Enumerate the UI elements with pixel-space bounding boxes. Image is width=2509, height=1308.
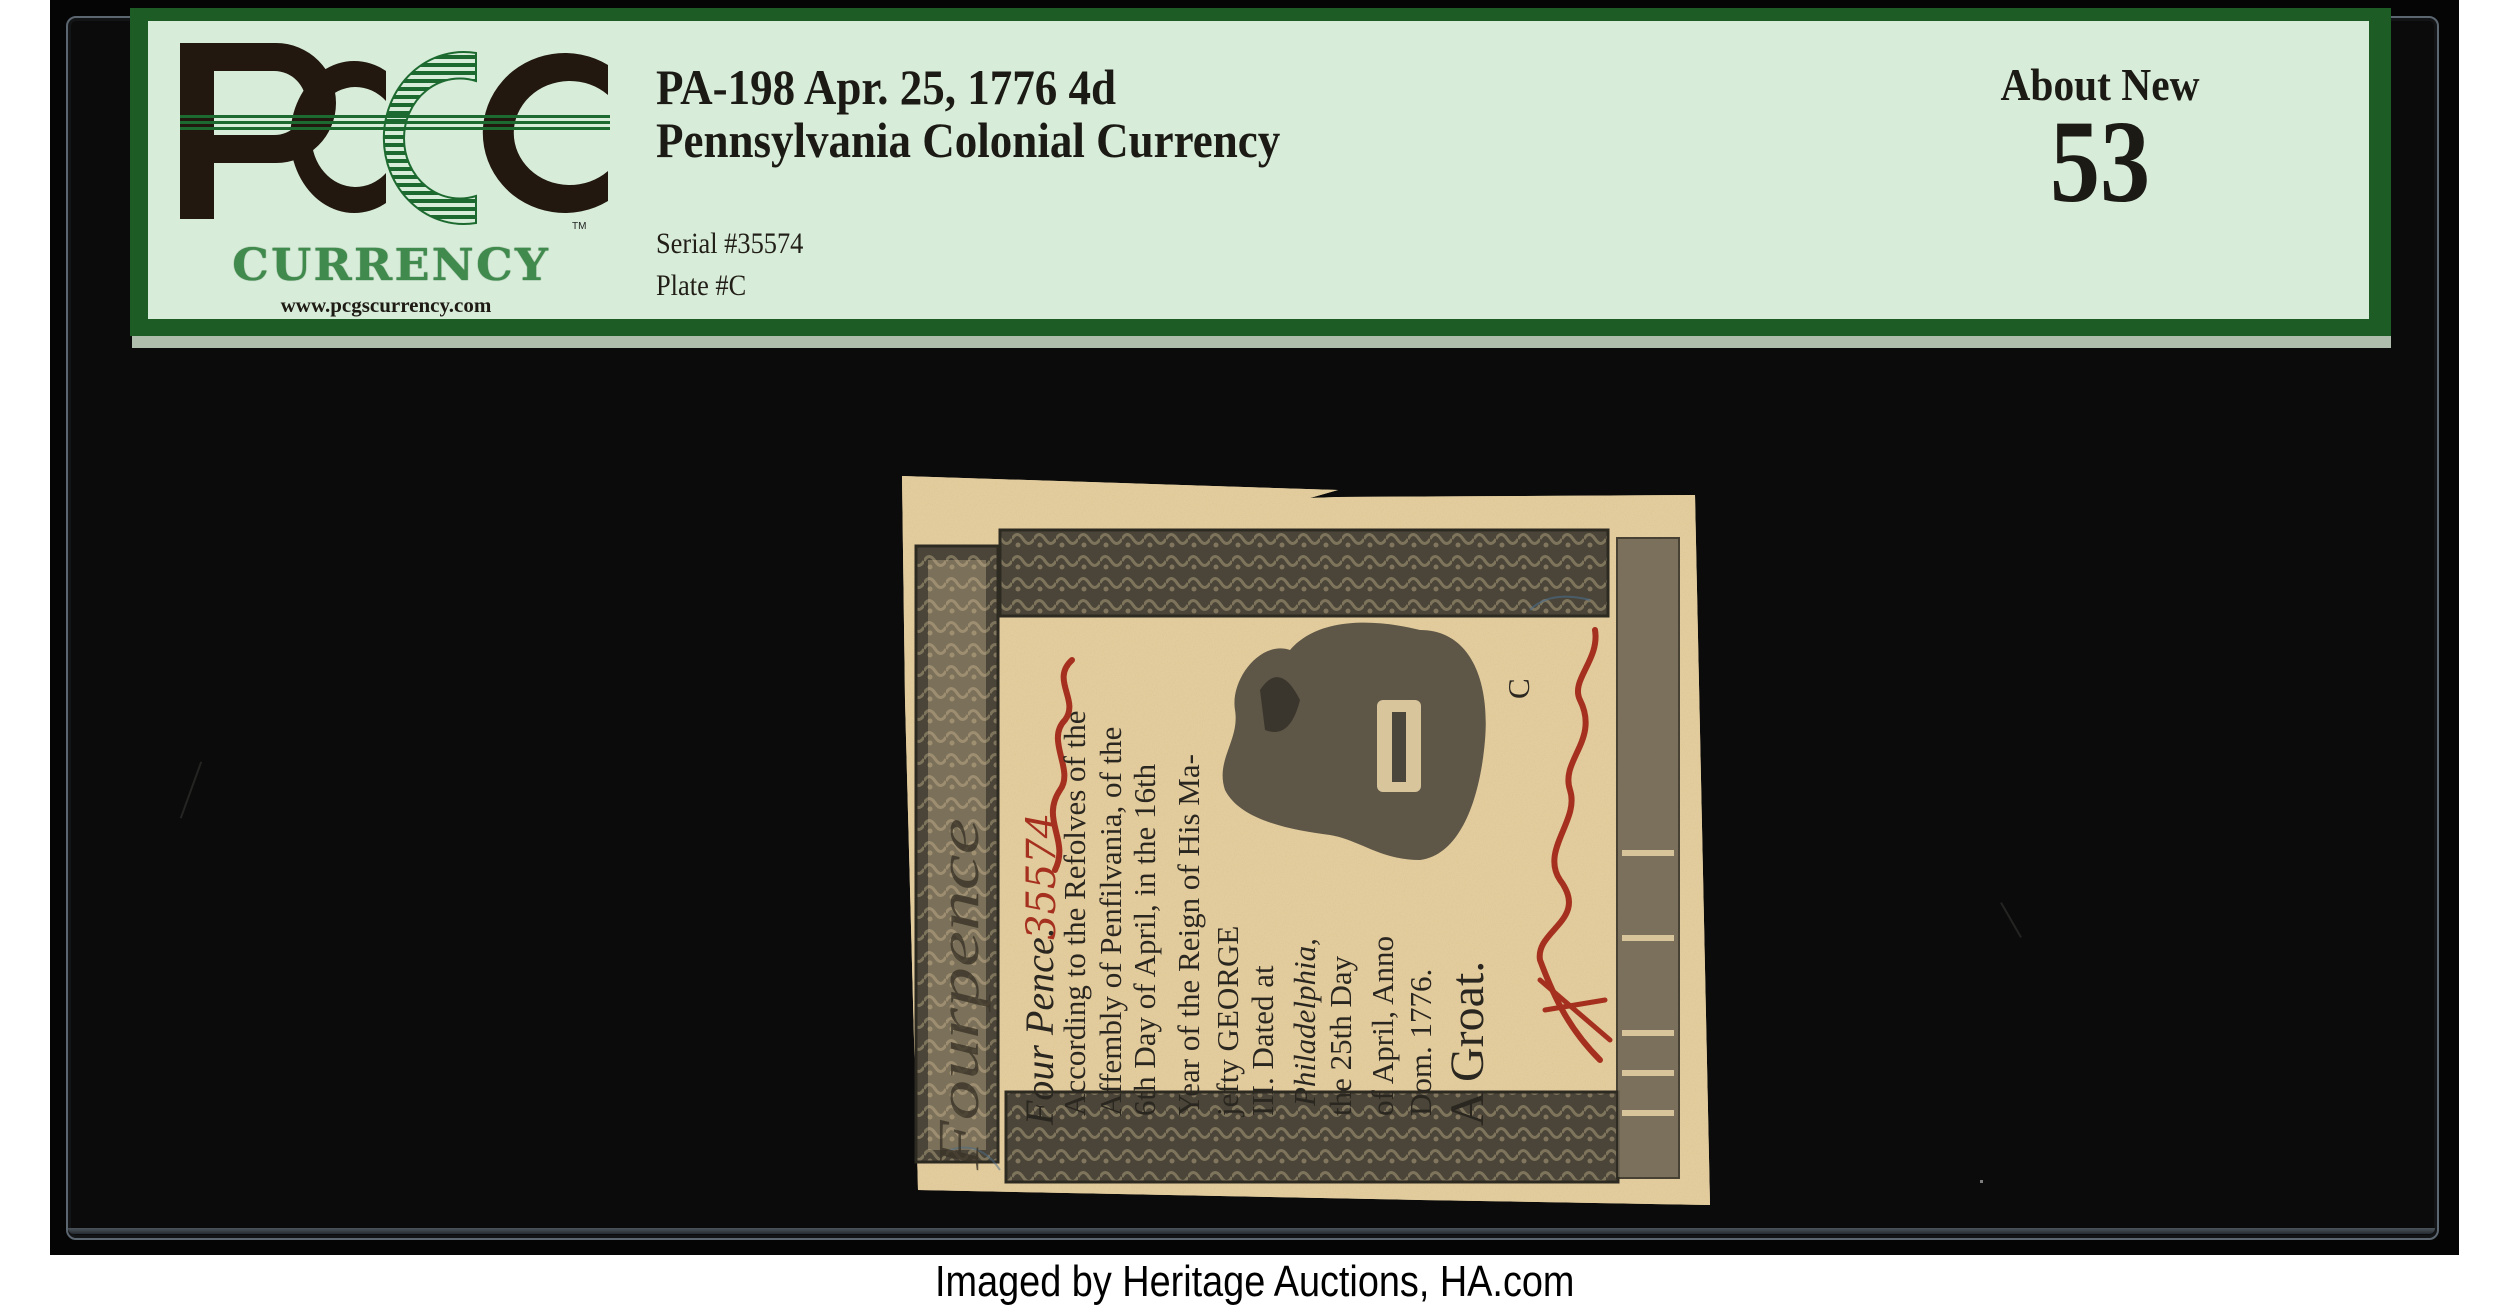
pcgs-logo: TM CURRENCY www.pcgscurrency.com: [176, 31, 616, 311]
dust-speck: [1980, 1180, 1983, 1183]
label-panel: TM CURRENCY www.pcgscurrency.com PA-198 …: [148, 21, 2369, 319]
grading-label: TM CURRENCY www.pcgscurrency.com PA-198 …: [130, 8, 2391, 336]
image-credit: Imaged by Heritage Auctions, HA.com: [0, 1257, 2509, 1307]
currency-wordmark: CURRENCY: [176, 246, 607, 286]
slab-holder-edge: [68, 1228, 2435, 1234]
trademark-symbol: TM: [572, 221, 586, 232]
note-catalog-title: PA-198 Apr. 25, 1776 4d: [656, 58, 1116, 116]
website-url: www.pcgscurrency.com: [176, 293, 596, 318]
pcgs-monogram-icon: [176, 31, 616, 231]
image-credit-text: Imaged by Heritage Auctions, HA.com: [935, 1257, 1574, 1307]
label-edge: [132, 336, 2391, 348]
plate-letter: Plate #C: [656, 269, 746, 303]
note-issuer-title: Pennsylvania Colonial Currency: [656, 111, 1280, 169]
grade-number: 53: [1990, 103, 2211, 221]
serial-number: Serial #35574: [656, 227, 803, 261]
